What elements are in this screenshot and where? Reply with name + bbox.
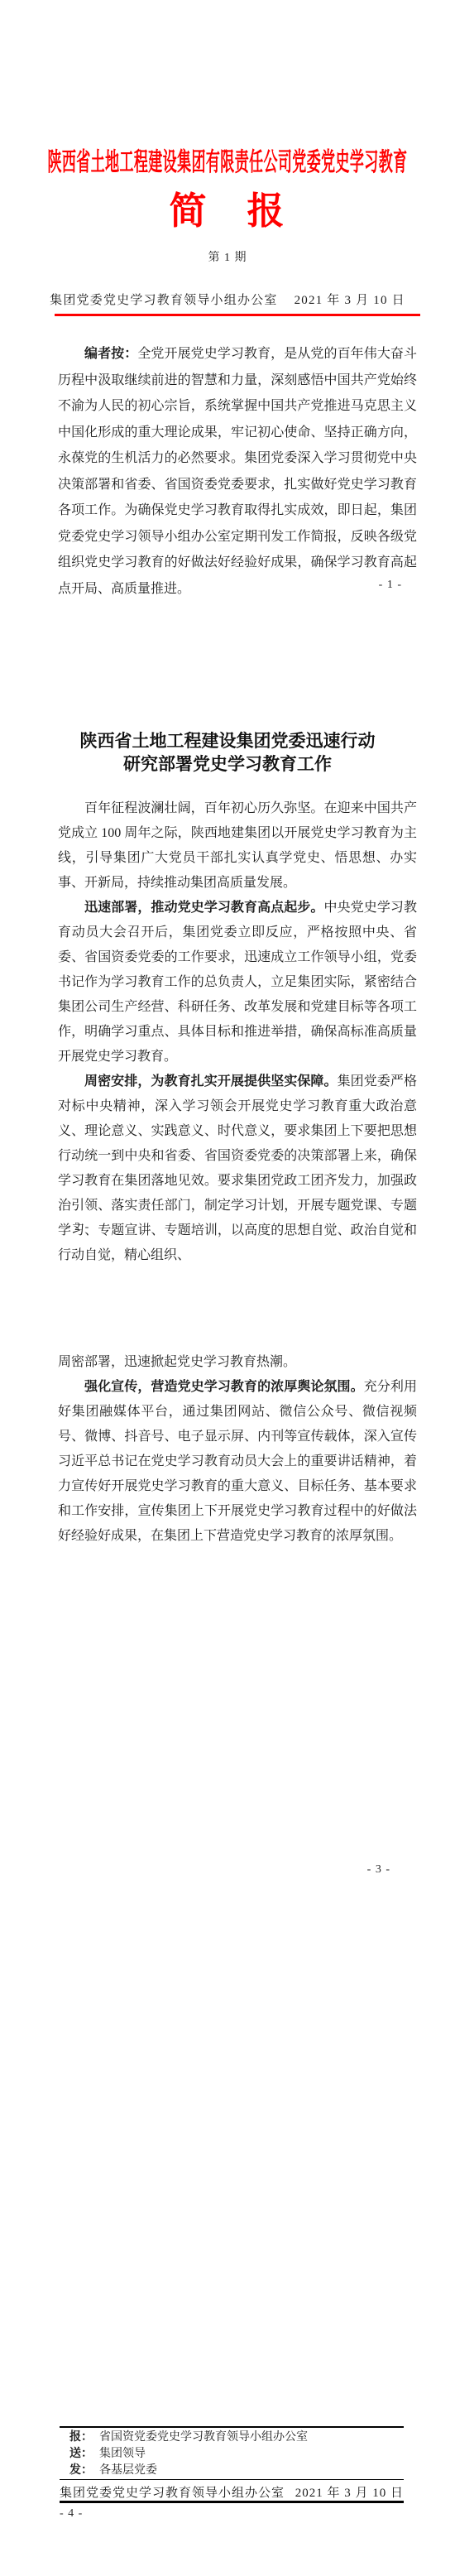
page-number-1: - 1 - [379, 579, 402, 592]
paragraph-lead: 迅速部署，推动党史学习教育高点起步。 [84, 901, 323, 915]
distribution-label: 送： [69, 2448, 93, 2460]
editor-note: 编者按：全党开展党史学习教育，是从党的百年伟大奋斗历程中汲取继续前进的智慧和力量… [58, 341, 417, 602]
masthead-publisher: 集团党委党史学习教育领导小组办公室 [50, 294, 277, 307]
footer-divider-top [60, 2426, 404, 2428]
footer-date: 2021 年 3 月 10 日 [295, 2483, 404, 2501]
masthead-date: 2021 年 3 月 10 日 [295, 294, 405, 307]
paragraph-lead: 强化宣传，营造党史学习教育的浓厚舆论氛围。 [84, 1380, 364, 1394]
page-number-4: - 4 - [60, 2507, 83, 2521]
distribution-row-send: 送：集团领导 [69, 2446, 308, 2463]
article-paragraph: 百年征程波澜壮阔，百年初心历久弥坚。在迎来中国共产党成立 100 周年之际，陕西… [58, 796, 417, 896]
page-3: 周密部署，迅速掀起党史学习教育热潮。 强化宣传，营造党史学习教育的浓厚舆论氛围。… [0, 1288, 455, 1932]
footer-publisher: 集团党委党史学习教育领导小组办公室 [60, 2483, 285, 2501]
footer-divider-bottom [60, 2501, 404, 2503]
page-2: 陕西省土地工程建设集团党委迅速行动 研究部署党史学习教育工作 百年征程波澜壮阔，… [0, 644, 455, 1288]
article-paragraph: 强化宣传，营造党史学习教育的浓厚舆论氛围。充分利用好集团融媒体平台，通过集团网站… [58, 1375, 417, 1549]
distribution-value: 集团领导 [99, 2448, 146, 2460]
distribution-row-report: 报：省国资党委党史学习教育领导小组办公室 [69, 2429, 308, 2446]
masthead-red-divider [55, 314, 420, 316]
article-body-page2: 百年征程波澜壮阔，百年初心历久弥坚。在迎来中国共产党成立 100 周年之际，陕西… [58, 796, 417, 1268]
distribution-label: 发： [69, 2464, 93, 2477]
article-paragraph: 周密安排，为教育扎实开展提供坚实保障。集团党委严格对标中央精神，深入学习领会开展… [58, 1069, 417, 1268]
paragraph-text: 集团党委严格对标中央精神，深入学习领会开展党史学习教育重大政治意义、理论意义、实… [58, 1074, 417, 1262]
article-title: 陕西省土地工程建设集团党委迅速行动 研究部署党史学习教育工作 [0, 729, 455, 776]
masthead-bulletin-title: 简 报 [0, 191, 455, 233]
footer-divider-middle [60, 2479, 404, 2480]
paragraph-text: 百年征程波澜壮阔，百年初心历久弥坚。在迎来中国共产党成立 100 周年之际，陕西… [58, 801, 417, 890]
distribution-row-issue: 发：各基层党委 [69, 2463, 308, 2479]
paragraph-text: 充分利用好集团融媒体平台，通过集团网站、微信公众号、微信视频号、微博、抖音号、电… [58, 1380, 417, 1543]
article-title-line2: 研究部署党史学习教育工作 [0, 752, 455, 776]
distribution-value: 省国资党委党史学习教育领导小组办公室 [99, 2431, 308, 2444]
editor-note-label: 编者按： [84, 347, 137, 361]
page-4: 报：省国资党委党史学习教育领导小组办公室 送：集团领导 发：各基层党委 集团党委… [0, 1932, 455, 2576]
article-paragraph-continuation: 周密部署，迅速掀起党史学习教育热潮。 [58, 1350, 417, 1375]
article-paragraph: 迅速部署，推动党史学习教育高点起步。中央党史学习教育动员大会召开后，集团党委立即… [58, 896, 417, 1069]
masthead-org-title: 陕西省土地工程建设集团有限责任公司党委党史学习教育 [0, 141, 455, 178]
page-number-3: - 3 - [367, 1863, 390, 1877]
paragraph-text: 中央党史学习教育动员大会召开后，集团党委立即反应，严格按照中央、省委、省国资委党… [58, 901, 417, 1064]
page-1: 陕西省土地工程建设集团有限责任公司党委党史学习教育 简 报 第 1 期 集团党委… [0, 0, 455, 644]
page-number-2: - 2 - [66, 1221, 89, 1234]
issue-number: 第 1 期 [0, 248, 455, 265]
distribution-label: 报： [69, 2431, 93, 2444]
article-title-line1: 陕西省土地工程建设集团党委迅速行动 [0, 729, 455, 752]
distribution-list: 报：省国资党委党史学习教育领导小组办公室 送：集团领导 发：各基层党委 [69, 2429, 308, 2479]
editor-note-text: 全党开展党史学习教育，是从党的百年伟大奋斗历程中汲取继续前进的智慧和力量，深刻感… [58, 347, 417, 596]
distribution-value: 各基层党委 [99, 2464, 157, 2477]
article-body-page3: 周密部署，迅速掀起党史学习教育热潮。 强化宣传，营造党史学习教育的浓厚舆论氛围。… [58, 1350, 417, 1549]
footer-publisher-row: 集团党委党史学习教育领导小组办公室 2021 年 3 月 10 日 [60, 2483, 404, 2501]
bulletin-document: 陕西省土地工程建设集团有限责任公司党委党史学习教育 简 报 第 1 期 集团党委… [0, 0, 455, 2576]
paragraph-lead: 周密安排，为教育扎实开展提供坚实保障。 [84, 1074, 338, 1089]
masthead-publisher-line: 集团党委党史学习教育领导小组办公室2021 年 3 月 10 日 [0, 291, 455, 308]
paragraph-text: 周密部署，迅速掀起党史学习教育热潮。 [58, 1355, 296, 1369]
